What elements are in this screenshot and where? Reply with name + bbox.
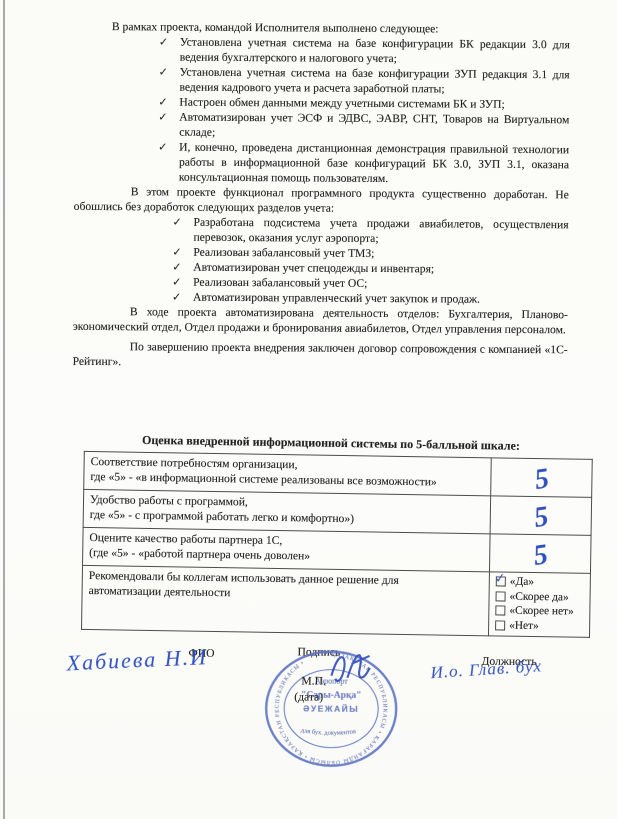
scanned-document-page: В рамках проекта, командой Исполнителя в… [0,0,617,819]
document-body: В рамках проекта, командой Исполнителя в… [70,19,570,780]
list-item-text: Автоматизирован управленческий учет заку… [193,291,480,306]
check-bullet-icon: ✓ [159,34,168,49]
rating-table-title: Оценка внедренной информационной системы… [94,432,568,454]
criterion-cell: Оцените качество работы партнера 1С, (гд… [83,527,491,571]
list-item: ✓Автоматизирован учет ЭСФ и ЭДВС, ЭАВР, … [179,110,569,143]
criterion-cell: Соответствие потребностям организации, г… [84,451,492,495]
revisions-lead-paragraph: В этом проекте функционал программного п… [74,184,569,217]
departments-paragraph: В ходе проекта автоматизирована деятельн… [73,304,568,337]
check-bullet-icon: ✓ [172,260,181,275]
criterion-cell: Удобство работы с программой, где «5» - … [83,489,491,533]
handwritten-score: 5 [495,536,587,576]
support-paragraph: По завершению проекта внедрения заключен… [73,339,568,372]
intro-bullet-list: ✓Установлена учетная система на базе кон… [74,34,570,187]
option-skoree-net: «Скорее нет» [495,603,584,619]
check-bullet-icon: ✓ [158,139,167,154]
check-bullet-icon: ✓ [172,275,181,290]
list-item-text: И, конечно, проведена дистанционная демо… [179,141,569,185]
checkbox-da [496,576,506,586]
list-item: ✓Установлена учетная система на базе кон… [179,65,569,98]
list-item-text: Автоматизирован учет спецодежды и инвент… [193,261,434,276]
list-item-text: Реализован забалансовый учет ОС; [193,276,367,290]
check-bullet-icon: ✓ [159,64,168,79]
checkbox-net [495,620,505,630]
handwritten-score: 5 [495,498,587,538]
option-label: «Да» [510,575,534,590]
option-label: «Нет» [509,618,539,633]
signature-area: ФИО Подпись Должность ҚАЗАҚСТАН РЕСПУБЛИ… [70,642,566,780]
stamp-band-text: для бух. документов [300,727,356,737]
option-net: «Нет» [495,618,584,634]
check-bullet-icon: ✓ [173,215,182,230]
svg-text:для бух. документов: для бух. документов [300,727,356,737]
list-item: ✓Автоматизирован управленческий учет зак… [193,290,568,308]
list-item: ✓И, конечно, проведена дистанционная дем… [179,140,569,188]
list-item-text: Автоматизирован учет ЭСФ и ЭДВС, ЭАВР, С… [179,111,569,139]
handwritten-score: 5 [496,460,588,500]
table-row: Рекомендовали бы коллегам использовать д… [82,565,591,637]
checkbox-skoree-net [495,605,505,615]
scan-edge-artifact [3,0,5,819]
signature-stroke [317,638,387,693]
option-label: «Скорее нет» [509,604,574,620]
option-label: «Скорее да» [509,589,568,604]
checkbox-skoree-da [496,591,506,601]
score-cell: 5 [491,458,593,498]
option-skoree-da: «Скорее да» [495,589,584,605]
score-cell: 5 [490,496,592,536]
list-item: ✓Разработана подсистема учета продажи ав… [193,215,568,248]
list-item-text: Реализован забалансовый учет ТМЗ; [193,246,374,260]
rating-table-section: Оценка внедренной информационной системы… [81,432,568,638]
check-bullet-icon: ✓ [172,290,181,305]
list-item-text: Настроен обмен данными между учетными си… [179,96,504,111]
criterion-cell: Рекомендовали бы коллегам использовать д… [82,565,490,635]
handwritten-fio: Хабиева Н.И [66,649,208,670]
score-cell: 5 [489,534,591,574]
list-item: ✓Установлена учетная система на базе кон… [180,35,570,68]
option-da: «Да» [496,574,585,590]
check-bullet-icon: ✓ [158,109,167,124]
options-cell: «Да» «Скорее да» «Скорее нет» «Нет» [488,572,590,638]
list-item-text: Установлена учетная система на базе конф… [179,66,569,96]
list-item-text: Установлена учетная система на базе конф… [180,36,570,66]
revisions-bullet-list: ✓Разработана подсистема учета продажи ав… [73,214,569,307]
check-bullet-icon: ✓ [158,94,167,109]
check-bullet-icon: ✓ [172,245,181,260]
list-item-text: Разработана подсистема учета продажи ави… [193,216,568,245]
rating-table: Соответствие потребностям организации, г… [81,451,593,638]
handwritten-position: И.о. Глав. бух [430,658,542,680]
